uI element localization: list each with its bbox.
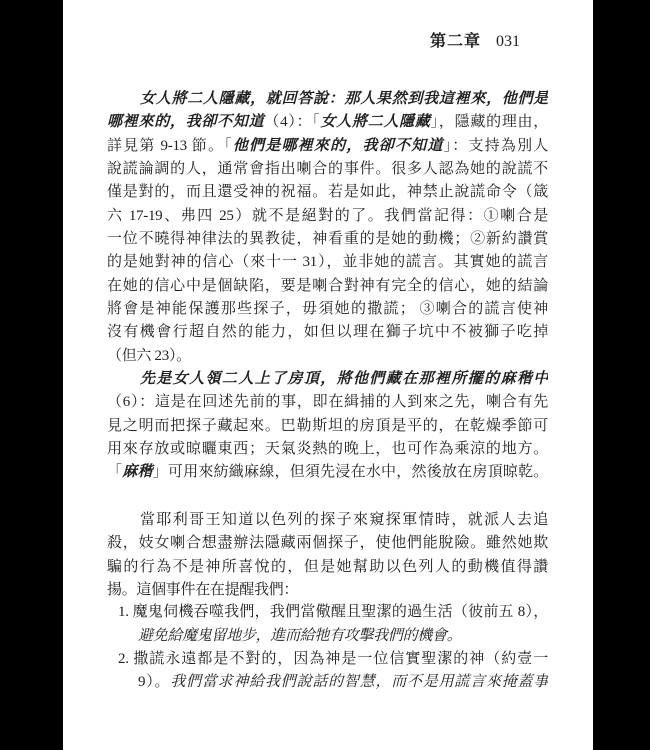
text-segment-quote: 先是女人領二人上了房頂，將他們藏在那裡所擺的麻稭中 (140, 371, 548, 387)
text-segment-normal: （6）：這是在回述先前的事，即在緝捕的人到來之先，喇合有先 (107, 394, 548, 410)
text-line: 的是她對神的信心（來十一 31），並非她的謊言。其實她的謊言 (107, 251, 548, 274)
text-line: 「麻稭」可用來紡織麻線，但須先浸在水中，然後放在房頂晾乾。 (107, 461, 548, 484)
text-segment-normal: 僅是對的，而且還受神的祝福。若是如此，神禁止說謊命令（箴 (107, 184, 548, 200)
text-segment-normal: （但六 23）。 (107, 348, 191, 364)
text-segment-normal: 」，隱藏的理由， (431, 114, 548, 130)
text-line: 僅是對的，而且還受神的祝福。若是如此，神禁止說謊命令（箴 (107, 181, 548, 204)
text-segment-normal: 9）。 (138, 674, 170, 690)
text-line: 見之明而把探子藏起來。巴勒斯坦的房頂是平的，在乾燥季節可 (107, 415, 548, 438)
text-segment-normal: 」可用來紡織麻線，但須先浸在水中，然後放在房頂晾乾。 (153, 464, 548, 480)
text-line: 騙的行為不是神所喜悅的，但是她幫助以色列人的動機值得讚 (107, 555, 548, 578)
text-segment-normal: 2. 撒謊永遠都是不對的，因為神是一位信實聖潔的神（約壹一 (118, 651, 548, 667)
text-segment-normal: 」：支持為別人 (444, 138, 548, 154)
text-segment-normal: 在她的信心中是個缺陷，要是喇合對神有完全的信心，她的結論 (107, 278, 548, 294)
text-segment-normal: （4）：「 (264, 114, 320, 130)
text-line: 用來存放或晾曬東西；天氣炎熱的晚上，也可作為乘涼的地方。 (107, 438, 548, 461)
text-line: 2. 撒謊永遠都是不對的，因為神是一位信實聖潔的神（約壹一 (107, 648, 548, 671)
text-segment-quote: 女人將二人隱藏，就回答說：那人果然到我這裡來，他們是 (140, 91, 548, 107)
text-line: 一位不曉得神律法的異教徒，神看重的是她的動機；②新約讚賞 (107, 228, 548, 251)
text-line: 將會是神能保護那些探子，毋須她的撒謊； ③喇合的謊言使神 (107, 298, 548, 321)
text-segment-normal: 將會是神能保護那些探子，毋須她的撒謊； ③喇合的謊言使神 (107, 301, 548, 317)
text-segment-kai: 避免給魔鬼留地步，進而給牠有攻擊我們的機會。 (138, 628, 461, 644)
text-segment-quote: 哪裡來的，我卻不知道 (107, 114, 264, 130)
body-text-block: 女人將二人隱藏，就回答說：那人果然到我這裡來，他們是哪裡來的，我卻不知道（4）：… (107, 88, 548, 695)
text-line: 哪裡來的，我卻不知道（4）：「女人將二人隱藏」，隱藏的理由， (107, 111, 548, 134)
text-segment-normal: 用來存放或晾曬東西；天氣炎熱的晚上，也可作為乘涼的地方。 (107, 441, 548, 457)
text-line: 女人將二人隱藏，就回答說：那人果然到我這裡來，他們是 (107, 88, 548, 111)
text-segment-normal: 一位不曉得神律法的異教徒，神看重的是她的動機；②新約讚賞 (107, 231, 548, 247)
text-segment-normal: 六 17-19、弗四 25）就不是絕對的了。我們當記得：①喇合是 (107, 208, 548, 224)
text-line: （但六 23）。 (107, 345, 548, 368)
text-line: 9）。我們當求神給我們說話的智慧，而不是用謊言來掩蓋事 (107, 671, 548, 694)
text-segment-quote: 麻稭 (122, 464, 152, 480)
text-segment-quote: 他們是哪裡來的，我卻不知道 (233, 138, 444, 154)
text-segment-hei: 當耶利哥王知道以色列的探子來窺探軍情時，就派人去追 (140, 511, 548, 528)
text-segment-kai: 我們當求神給我們說話的智慧，而不是用謊言來掩蓋事 (170, 674, 548, 690)
text-line: 說謊論調的人，通常會指出喇合的事件。很多人認為她的說謊不 (107, 158, 548, 181)
text-line: 殺，妓女喇合想盡辦法隱藏兩個探子，使他們能脫險。雖然她欺 (107, 531, 548, 554)
text-line: （6）：這是在回述先前的事，即在緝捕的人到來之先，喇合有先 (107, 391, 548, 414)
reader-viewport: { "colors": { "backdrop": "#000000", "pa… (0, 0, 650, 750)
text-segment-hei: 揚。這個事件在在提醒我們： (107, 581, 298, 598)
text-line: 避免給魔鬼留地步，進而給牠有攻擊我們的機會。 (107, 625, 548, 648)
text-line: 六 17-19、弗四 25）就不是絕對的了。我們當記得：①喇合是 (107, 205, 548, 228)
text-segment-normal: 「 (107, 464, 122, 480)
text-segment-normal: 見之明而把探子藏起來。巴勒斯坦的房頂是平的，在乾燥季節可 (107, 418, 548, 434)
text-segment-normal: 1. 魔鬼伺機吞噬我們，我們當儆醒且聖潔的過生活（彼前五 8）， (118, 604, 548, 620)
text-segment-normal: 說謊論調的人，通常會指出喇合的事件。很多人認為她的說謊不 (107, 161, 548, 177)
text-line: 當耶利哥王知道以色列的探子來窺探軍情時，就派人去追 (107, 508, 548, 531)
text-segment-hei: 騙的行為不是神所喜悅的，但是她幫助以色列人的動機值得讚 (107, 558, 548, 575)
book-page: 第二章031 女人將二人隱藏，就回答說：那人果然到我這裡來，他們是哪裡來的，我卻… (63, 0, 593, 750)
text-segment-normal: 的是她對神的信心（來十一 31），並非她的謊言。其實她的謊言 (107, 254, 548, 270)
text-line: 詳見第 9-13 節。「他們是哪裡來的，我卻不知道」：支持為別人 (107, 135, 548, 158)
text-line: 揚。這個事件在在提醒我們： (107, 578, 548, 601)
text-line (107, 485, 548, 508)
text-line: 先是女人領二人上了房頂，將他們藏在那裡所擺的麻稭中 (107, 368, 548, 391)
text-line: 在她的信心中是個缺陷，要是喇合對神有完全的信心，她的結論 (107, 275, 548, 298)
text-line: 1. 魔鬼伺機吞噬我們，我們當儆醒且聖潔的過生活（彼前五 8）， (107, 601, 548, 624)
chapter-title: 第二章 (430, 33, 481, 50)
text-segment-quote: 女人將二人隱藏 (321, 114, 431, 130)
page-number: 031 (496, 33, 520, 50)
text-line: 沒有機會行超自然的能力，如但以理在獅子坑中不被獅子吃掉 (107, 321, 548, 344)
text-segment-hei: 殺，妓女喇合想盡辦法隱藏兩個探子，使他們能脫險。雖然她欺 (107, 534, 548, 551)
text-segment-normal: 詳見第 9-13 節。「 (107, 138, 233, 154)
text-segment-normal: 沒有機會行超自然的能力，如但以理在獅子坑中不被獅子吃掉 (107, 324, 548, 340)
running-head: 第二章031 (430, 28, 520, 51)
